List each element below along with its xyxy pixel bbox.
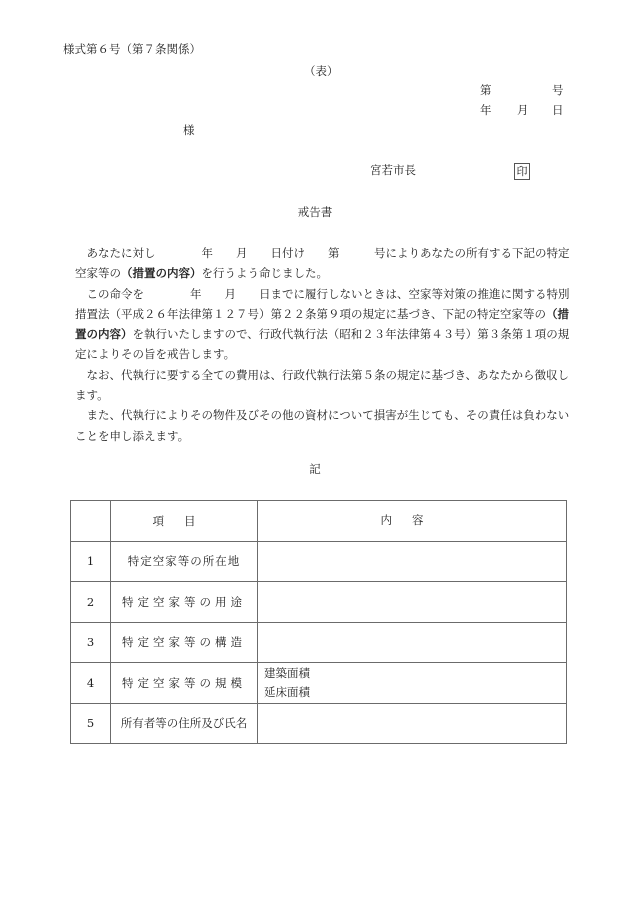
row-number: 4 <box>71 663 111 704</box>
table-row: 1 特定空家等の所在地 <box>71 541 567 582</box>
p2-text-b: を執行いたしますので、行政代執行法（昭和２３年法律第４３号）第３条第１項の規定に… <box>75 327 569 361</box>
p2-text-a: この命令を 年 月 日までに履行しないときは、空家等対策の推進に関する特別措置法… <box>75 287 570 321</box>
ki-heading: 記 <box>0 464 630 476</box>
notice-body: あなたに対し 年 月 日付け 第 号によりあなたの所有する下記の特定空家等の（措… <box>75 243 580 446</box>
row-item: 特定空家等の構造 <box>111 622 258 663</box>
addressee-suffix: 様 <box>183 125 195 137</box>
row-item: 特定空家等の用途 <box>111 582 258 623</box>
paragraph-warning: この命令を 年 月 日までに履行しないときは、空家等対策の推進に関する特別措置法… <box>75 284 580 365</box>
seal-stamp-icon: 印 <box>514 163 530 180</box>
row-number: 1 <box>71 541 111 582</box>
measure-placeholder: （措置の内容） <box>121 266 202 280</box>
row-content <box>258 622 567 663</box>
table-row: 4 特定空家等の規模 建築面積 延床面積 <box>71 663 567 704</box>
row-item: 特定空家等の規模 <box>111 663 258 704</box>
table-header-row: 項目 内容 <box>71 501 567 542</box>
form-number: 様式第６号（第７条関係） <box>63 44 201 56</box>
paragraph-costs: なお、代執行に要する全ての費用は、行政代執行法第５条の規定に基づき、あなたから徴… <box>75 365 580 406</box>
paragraph-liability: また、代執行によりその物件及びその他の資材について損害が生じても、その責任は負わ… <box>75 405 580 446</box>
header-no <box>71 501 111 542</box>
header-content: 内容 <box>258 501 567 542</box>
row-number: 2 <box>71 582 111 623</box>
table-row: 5 所有者等の住所及び氏名 <box>71 703 567 744</box>
floor-area-label: 延床面積 <box>264 683 566 702</box>
row-number: 5 <box>71 703 111 744</box>
date-year: 年 <box>480 105 492 117</box>
details-table: 項目 内容 1 特定空家等の所在地 2 特定空家等の用途 3 特定空家等の構造 … <box>70 500 567 744</box>
row-number: 3 <box>71 622 111 663</box>
number-suffix: 号 <box>552 85 564 97</box>
row-content: 建築面積 延床面積 <box>258 663 567 704</box>
row-content <box>258 703 567 744</box>
row-item: 所有者等の住所及び氏名 <box>111 703 258 744</box>
side-label: （表） <box>304 66 339 78</box>
header-item: 項目 <box>111 501 258 542</box>
row-content <box>258 582 567 623</box>
number-prefix: 第 <box>480 85 492 97</box>
p1-text-b: を行うよう命じました。 <box>202 266 329 280</box>
row-content <box>258 541 567 582</box>
table-row: 2 特定空家等の用途 <box>71 582 567 623</box>
issuer: 宮若市長 <box>370 165 416 177</box>
paragraph-order: あなたに対し 年 月 日付け 第 号によりあなたの所有する下記の特定空家等の（措… <box>75 243 580 284</box>
date-day: 日 <box>552 105 564 117</box>
document-title: 戒告書 <box>0 207 630 219</box>
table-row: 3 特定空家等の構造 <box>71 622 567 663</box>
building-area-label: 建築面積 <box>264 664 566 683</box>
row-item: 特定空家等の所在地 <box>111 541 258 582</box>
date-month: 月 <box>517 105 529 117</box>
